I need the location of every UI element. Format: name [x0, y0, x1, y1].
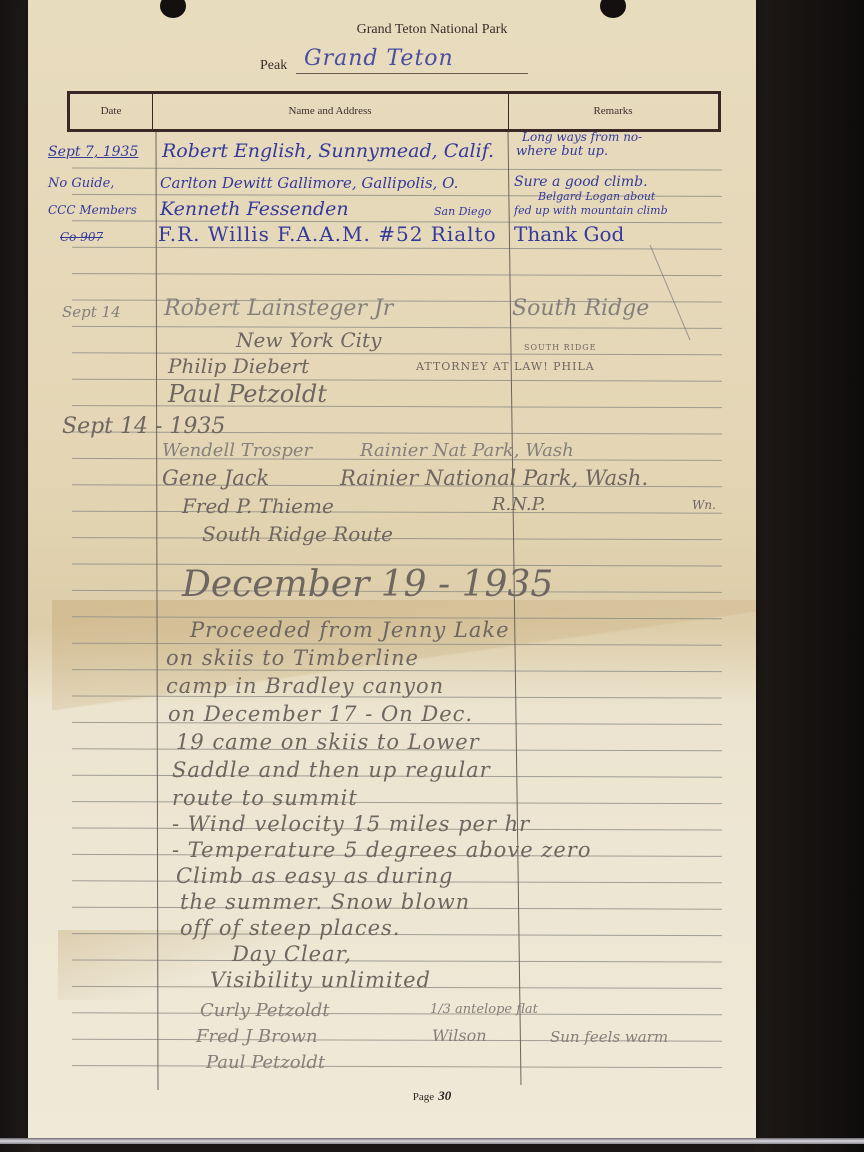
entry-address: Wilson — [432, 1026, 487, 1045]
december-note-line: on December 17 - On Dec. — [168, 702, 473, 726]
entry-address: New York City — [236, 328, 381, 352]
december-note-line: on skiis to Timberline — [166, 646, 419, 670]
entry-remarks: Thank God — [514, 222, 624, 246]
entry-remarks: Wn. — [692, 498, 716, 512]
entry-remarks: where but up. — [516, 144, 608, 159]
entry-date: Sept 14 - 1935 — [62, 414, 225, 439]
entry-name: Kenneth Fessenden — [160, 198, 349, 220]
december-note-line: camp in Bradley canyon — [166, 674, 444, 698]
december-note-line: route to summit — [172, 786, 358, 810]
entry-address: Rainier National Park, Wash. — [340, 466, 648, 490]
entry-remarks: Sure a good climb. — [514, 174, 648, 190]
entry-address: San Diego — [434, 205, 491, 218]
entry-remarks: South Ridge — [512, 296, 649, 321]
peak-value: Grand Teton — [304, 46, 454, 71]
entry-remarks: Sun feels warm — [550, 1028, 668, 1046]
december-note-line: Visibility unlimited — [210, 968, 431, 992]
entry-name: Wendell Trosper — [162, 440, 312, 461]
december-note-line: - Temperature 5 degrees above zero — [172, 838, 591, 862]
entry-name: F.R. Willis F.A.A.M. #52 Rialto — [158, 222, 497, 246]
december-note-line: Saddle and then up regular — [172, 758, 491, 782]
park-title: Grand Teton National Park — [0, 22, 864, 38]
entry-remarks: fed up with mountain climb — [514, 204, 668, 217]
entry-remarks: Long ways from no- — [522, 130, 642, 144]
page-number: Page30 — [0, 1088, 864, 1104]
column-date: Date — [70, 94, 152, 129]
page-label: Page — [413, 1091, 434, 1103]
entry-remarks: Belgard Logan about — [538, 190, 655, 203]
frame-right — [754, 0, 864, 1152]
glass-edge — [0, 1138, 864, 1144]
table-header: Date Name and Address Remarks — [67, 91, 721, 132]
entry-name: Robert English, Sunnymead, Calif. — [162, 140, 494, 162]
entry-name: Fred P. Thieme — [182, 494, 334, 518]
peak-label: Peak — [260, 58, 287, 74]
entry-address: R.N.P. — [492, 494, 546, 515]
entry-date: No Guide, — [48, 176, 114, 191]
december-note-line: Day Clear, — [232, 942, 352, 966]
december-note-line: Proceeded from Jenny Lake — [190, 618, 510, 642]
entry-remarks: 1/3 antelope flat — [430, 1002, 538, 1017]
entry-date: Co 907 — [60, 230, 103, 244]
route-note: South Ridge Route — [202, 522, 393, 546]
entry-name: Philip Diebert — [168, 354, 309, 378]
december-note-line: 19 came on skiis to Lower — [176, 730, 480, 754]
december-note-line: off of steep places. — [180, 916, 400, 940]
page-number-value: 30 — [438, 1088, 451, 1103]
entry-name: Paul Petzoldt — [206, 1052, 325, 1073]
entry-address: ATTORNEY AT LAW! PHILA — [416, 360, 595, 373]
column-name: Name and Address — [152, 94, 508, 129]
entry-date: Sept 14 — [62, 303, 121, 321]
december-note-line: the summer. Snow blown — [180, 890, 470, 914]
entry-date: CCC Members — [48, 203, 137, 217]
column-remarks: Remarks — [508, 94, 718, 129]
december-note-line: - Wind velocity 15 miles per hr — [172, 812, 530, 836]
december-note-line: Climb as easy as during — [176, 864, 453, 888]
entry-address: Rainier Nat Park, Wash — [360, 440, 574, 461]
entry-name: Fred J Brown — [196, 1026, 318, 1047]
entry-name: Robert Lainsteger Jr — [164, 296, 393, 321]
entry-name: Paul Petzoldt — [168, 380, 327, 408]
december-date: December 19 - 1935 — [182, 564, 553, 605]
entry-name: Curly Petzoldt — [200, 1000, 330, 1021]
peak-underline — [296, 73, 528, 74]
entry-name: Gene Jack — [162, 466, 269, 490]
entry-date: Sept 7, 1935 — [48, 144, 138, 160]
entry-remarks: SOUTH RIDGE — [524, 343, 596, 352]
entry-name: Carlton Dewitt Gallimore, Gallipolis, O. — [160, 174, 458, 192]
